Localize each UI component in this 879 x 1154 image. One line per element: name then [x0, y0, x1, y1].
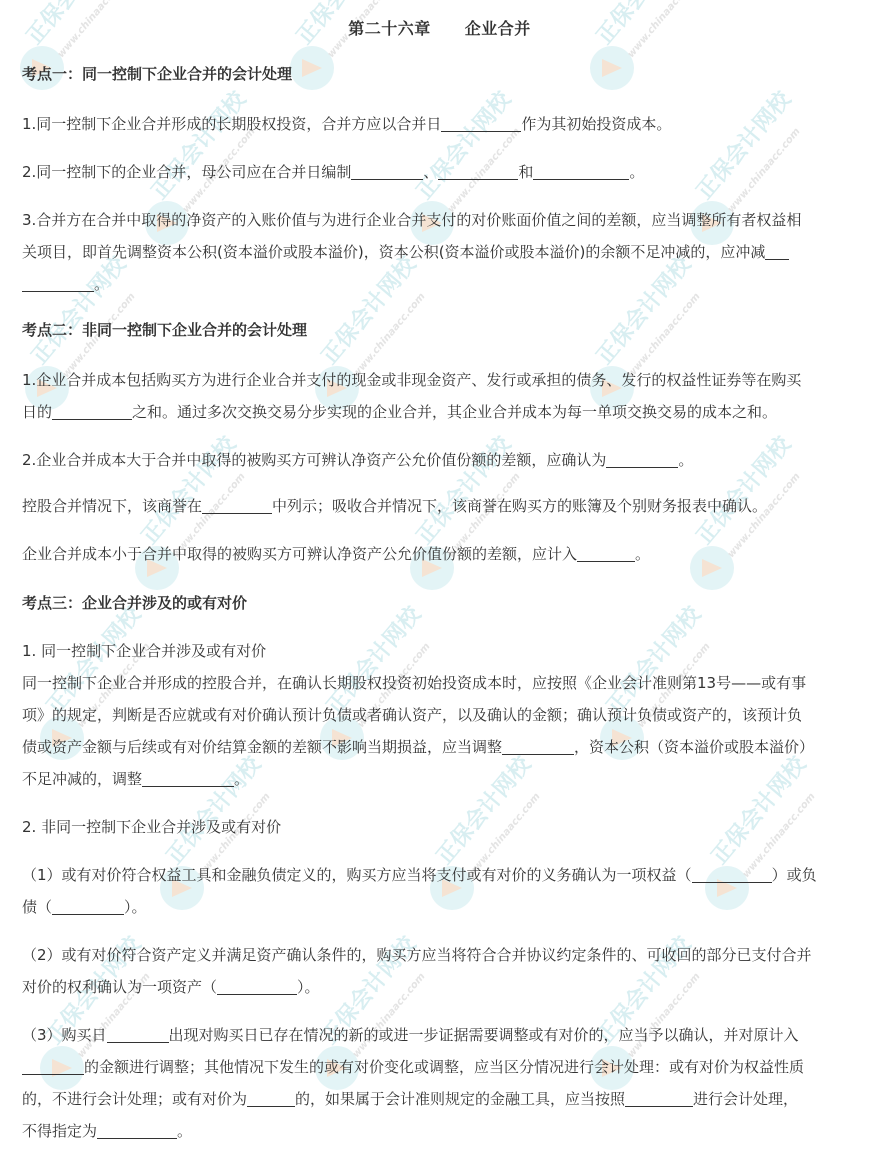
text: 2.同一控制下的企业合并，母公司应在合并日编制 — [22, 163, 351, 181]
fill-blank — [577, 546, 635, 562]
fill-blank — [438, 164, 518, 180]
watermark: 正保会计网校 www.chinaacc.com — [410, 470, 560, 590]
fill-blank — [97, 1123, 177, 1139]
text: 企业合并成本小于合并中取得的被购买方可辨认净资产公允价值份额的差额，应计入 — [22, 545, 577, 563]
fill-blank — [606, 452, 678, 468]
section-heading-2: 考点二：非同一控制下企业合并的会计处理 — [22, 314, 862, 346]
paragraph: 2.企业合并成本大于合并中取得的被购买方可辨认净资产公允价值份额的差额，应确认为… — [22, 444, 862, 476]
text: 债或资产金额与后续或有对价结算金额的差额不影响当期损益，应当调整 — [22, 738, 502, 756]
text: 1.同一控制下企业合并形成的长期股权投资，合并方应以合并日 — [22, 115, 441, 133]
text: 和 — [518, 163, 533, 181]
text-line: 1.企业合并成本包括购买方为进行企业合并支付的现金或非现金资产、发行或承担的债务… — [22, 364, 862, 396]
text: 的，不进行会计处理；或有对价为 — [22, 1090, 247, 1108]
fill-blank — [441, 116, 521, 132]
section-heading-1: 考点一：同一控制下企业合并的会计处理 — [22, 58, 862, 90]
subsection-title: 1. 同一控制下企业合并涉及或有对价 — [22, 635, 862, 667]
chapter-topic: 企业合并 — [465, 19, 531, 38]
text-line: 同一控制下企业合并形成的控股合并，在确认长期股权投资初始投资成本时，应按照《企业… — [22, 667, 862, 699]
text-line: 3.合并方在合并中取得的净资产的入账价值与为进行企业合并支付的对价账面价值之间的… — [22, 204, 862, 236]
text: 。 — [629, 163, 644, 181]
text-line: （3）购买日出现对购买日已存在情况的新的或进一步证据需要调整或有对价的，应当予以… — [22, 1019, 862, 1051]
fill-blank — [52, 404, 132, 420]
paragraph: （1）或有对价符合权益工具和金融负债定义的，购买方应当将支付或有对价的义务确认为… — [22, 859, 862, 923]
paragraph: 2.同一控制下的企业合并，母公司应在合并日编制、和。 — [22, 156, 862, 188]
fill-blank — [502, 739, 574, 755]
text: 日的 — [22, 403, 52, 421]
text-line: 关项目，即首先调整资本公积(资本溢价或股本溢价)，资本公积(资本溢价或股本溢价)… — [22, 236, 862, 268]
text: 。 — [678, 451, 693, 469]
text-line: 不足冲减的，调整。 — [22, 763, 862, 795]
text: 的，如果属于会计准则规定的金融工具，应当按照 — [295, 1090, 625, 1108]
paragraph: 1.企业合并成本包括购买方为进行企业合并支付的现金或非现金资产、发行或承担的债务… — [22, 364, 862, 428]
text: 2.企业合并成本大于合并中取得的被购买方可辨认净资产公允价值份额的差额，应确认为 — [22, 451, 606, 469]
watermark: 正保会计网校 www.chinaacc.com — [135, 470, 285, 590]
fill-blank — [22, 1059, 84, 1075]
text-line: 对价的权利确认为一项资产（）。 — [22, 971, 862, 1003]
fill-blank — [625, 1091, 693, 1107]
text-line: 日的之和。通过多次交换交易分步实现的企业合并，其企业合并成本为每一单项交换交易的… — [22, 396, 862, 428]
watermark: 正保会计网校 www.chinaacc.com — [690, 470, 840, 590]
text: 不足冲减的，调整 — [22, 770, 142, 788]
section-heading-3: 考点三：企业合并涉及的或有对价 — [22, 587, 862, 619]
text: ）。 — [124, 898, 147, 916]
fill-blank — [217, 979, 297, 995]
text-line: 债或资产金额与后续或有对价结算金额的差额不影响当期损益，应当调整，资本公积（资本… — [22, 731, 862, 763]
fill-blank — [692, 867, 772, 883]
text-line: 债（）。 — [22, 891, 862, 923]
paragraph: （2）或有对价符合资产定义并满足资产确认条件的，购买方应当将符合合并协议约定条件… — [22, 939, 862, 1003]
text: 。 — [635, 545, 650, 563]
text-line: （2）或有对价符合资产定义并满足资产确认条件的，购买方应当将符合合并协议约定条件… — [22, 939, 862, 971]
text: 进行会计处理， — [693, 1090, 798, 1108]
text: 出现对购买日已存在情况的新的或进一步证据需要调整或有对价的，应当予以确认，并对原… — [169, 1026, 799, 1044]
fill-blank — [765, 244, 789, 260]
text: （3）购买日 — [22, 1026, 107, 1044]
text: 、 — [423, 163, 438, 181]
page-title: 第二十六章企业合并 — [0, 16, 879, 39]
text: 不得指定为 — [22, 1122, 97, 1140]
fill-blank — [247, 1091, 295, 1107]
text-line: 。 — [22, 268, 862, 300]
paragraph: 3.合并方在合并中取得的净资产的入账价值与为进行企业合并支付的对价账面价值之间的… — [22, 204, 862, 300]
text: ）或负 — [772, 866, 817, 884]
text: 。 — [234, 770, 249, 788]
text: ，资本公积（资本溢价或股本溢价） — [574, 738, 814, 756]
paragraph: （3）购买日出现对购买日已存在情况的新的或进一步证据需要调整或有对价的，应当予以… — [22, 1019, 862, 1147]
text-line: 的，不进行会计处理；或有对价为的，如果属于会计准则规定的金融工具，应当按照进行会… — [22, 1083, 862, 1115]
text: 作为其初始投资成本。 — [521, 115, 671, 133]
text: 。 — [94, 275, 109, 293]
fill-blank — [202, 498, 272, 514]
fill-blank — [533, 164, 629, 180]
text: 债（ — [22, 898, 52, 916]
text: 中列示；吸收合并情况下，该商誉在购买方的账簿及个别财务报表中确认。 — [272, 497, 767, 515]
text: 之和。通过多次交换交易分步实现的企业合并，其企业合并成本为每一单项交换交易的成本… — [132, 403, 777, 421]
fill-blank — [22, 276, 94, 292]
text: 的金额进行调整；其他情况下发生的或有对价变化或调整，应当区分情况进行会计处理：或… — [84, 1058, 804, 1076]
paragraph: 企业合并成本小于合并中取得的被购买方可辨认净资产公允价值份额的差额，应计入。 — [22, 538, 862, 570]
text: 对价的权利确认为一项资产（ — [22, 978, 217, 996]
text-line: （1）或有对价符合权益工具和金融负债定义的，购买方应当将支付或有对价的义务确认为… — [22, 859, 862, 891]
fill-blank — [107, 1027, 169, 1043]
text: ）。 — [297, 978, 320, 996]
chapter-number: 第二十六章 — [348, 19, 431, 38]
text: 关项目，即首先调整资本公积(资本溢价或股本溢价)，资本公积(资本溢价或股本溢价)… — [22, 243, 765, 261]
text: 控股合并情况下，该商誉在 — [22, 497, 202, 515]
subsection-title-2: 2. 非同一控制下企业合并涉及或有对价 — [22, 811, 862, 843]
fill-blank — [52, 899, 124, 915]
fill-blank — [351, 164, 423, 180]
text: （1）或有对价符合权益工具和金融负债定义的，购买方应当将支付或有对价的义务确认为… — [22, 866, 692, 884]
paragraph: 1. 同一控制下企业合并涉及或有对价 同一控制下企业合并形成的控股合并，在确认长… — [22, 635, 862, 795]
paragraph: 1.同一控制下企业合并形成的长期股权投资，合并方应以合并日作为其初始投资成本。 — [22, 108, 862, 140]
fill-blank — [142, 771, 234, 787]
text: 。 — [177, 1122, 192, 1140]
paragraph: 控股合并情况下，该商誉在中列示；吸收合并情况下，该商誉在购买方的账簿及个别财务报… — [22, 490, 862, 522]
text-line: 项》的规定，判断是否应就或有对价确认预计负债或者确认资产，以及确认的金额；确认预… — [22, 699, 862, 731]
text-line: 不得指定为。 — [22, 1115, 862, 1147]
text-line: 的金额进行调整；其他情况下发生的或有对价变化或调整，应当区分情况进行会计处理：或… — [22, 1051, 862, 1083]
